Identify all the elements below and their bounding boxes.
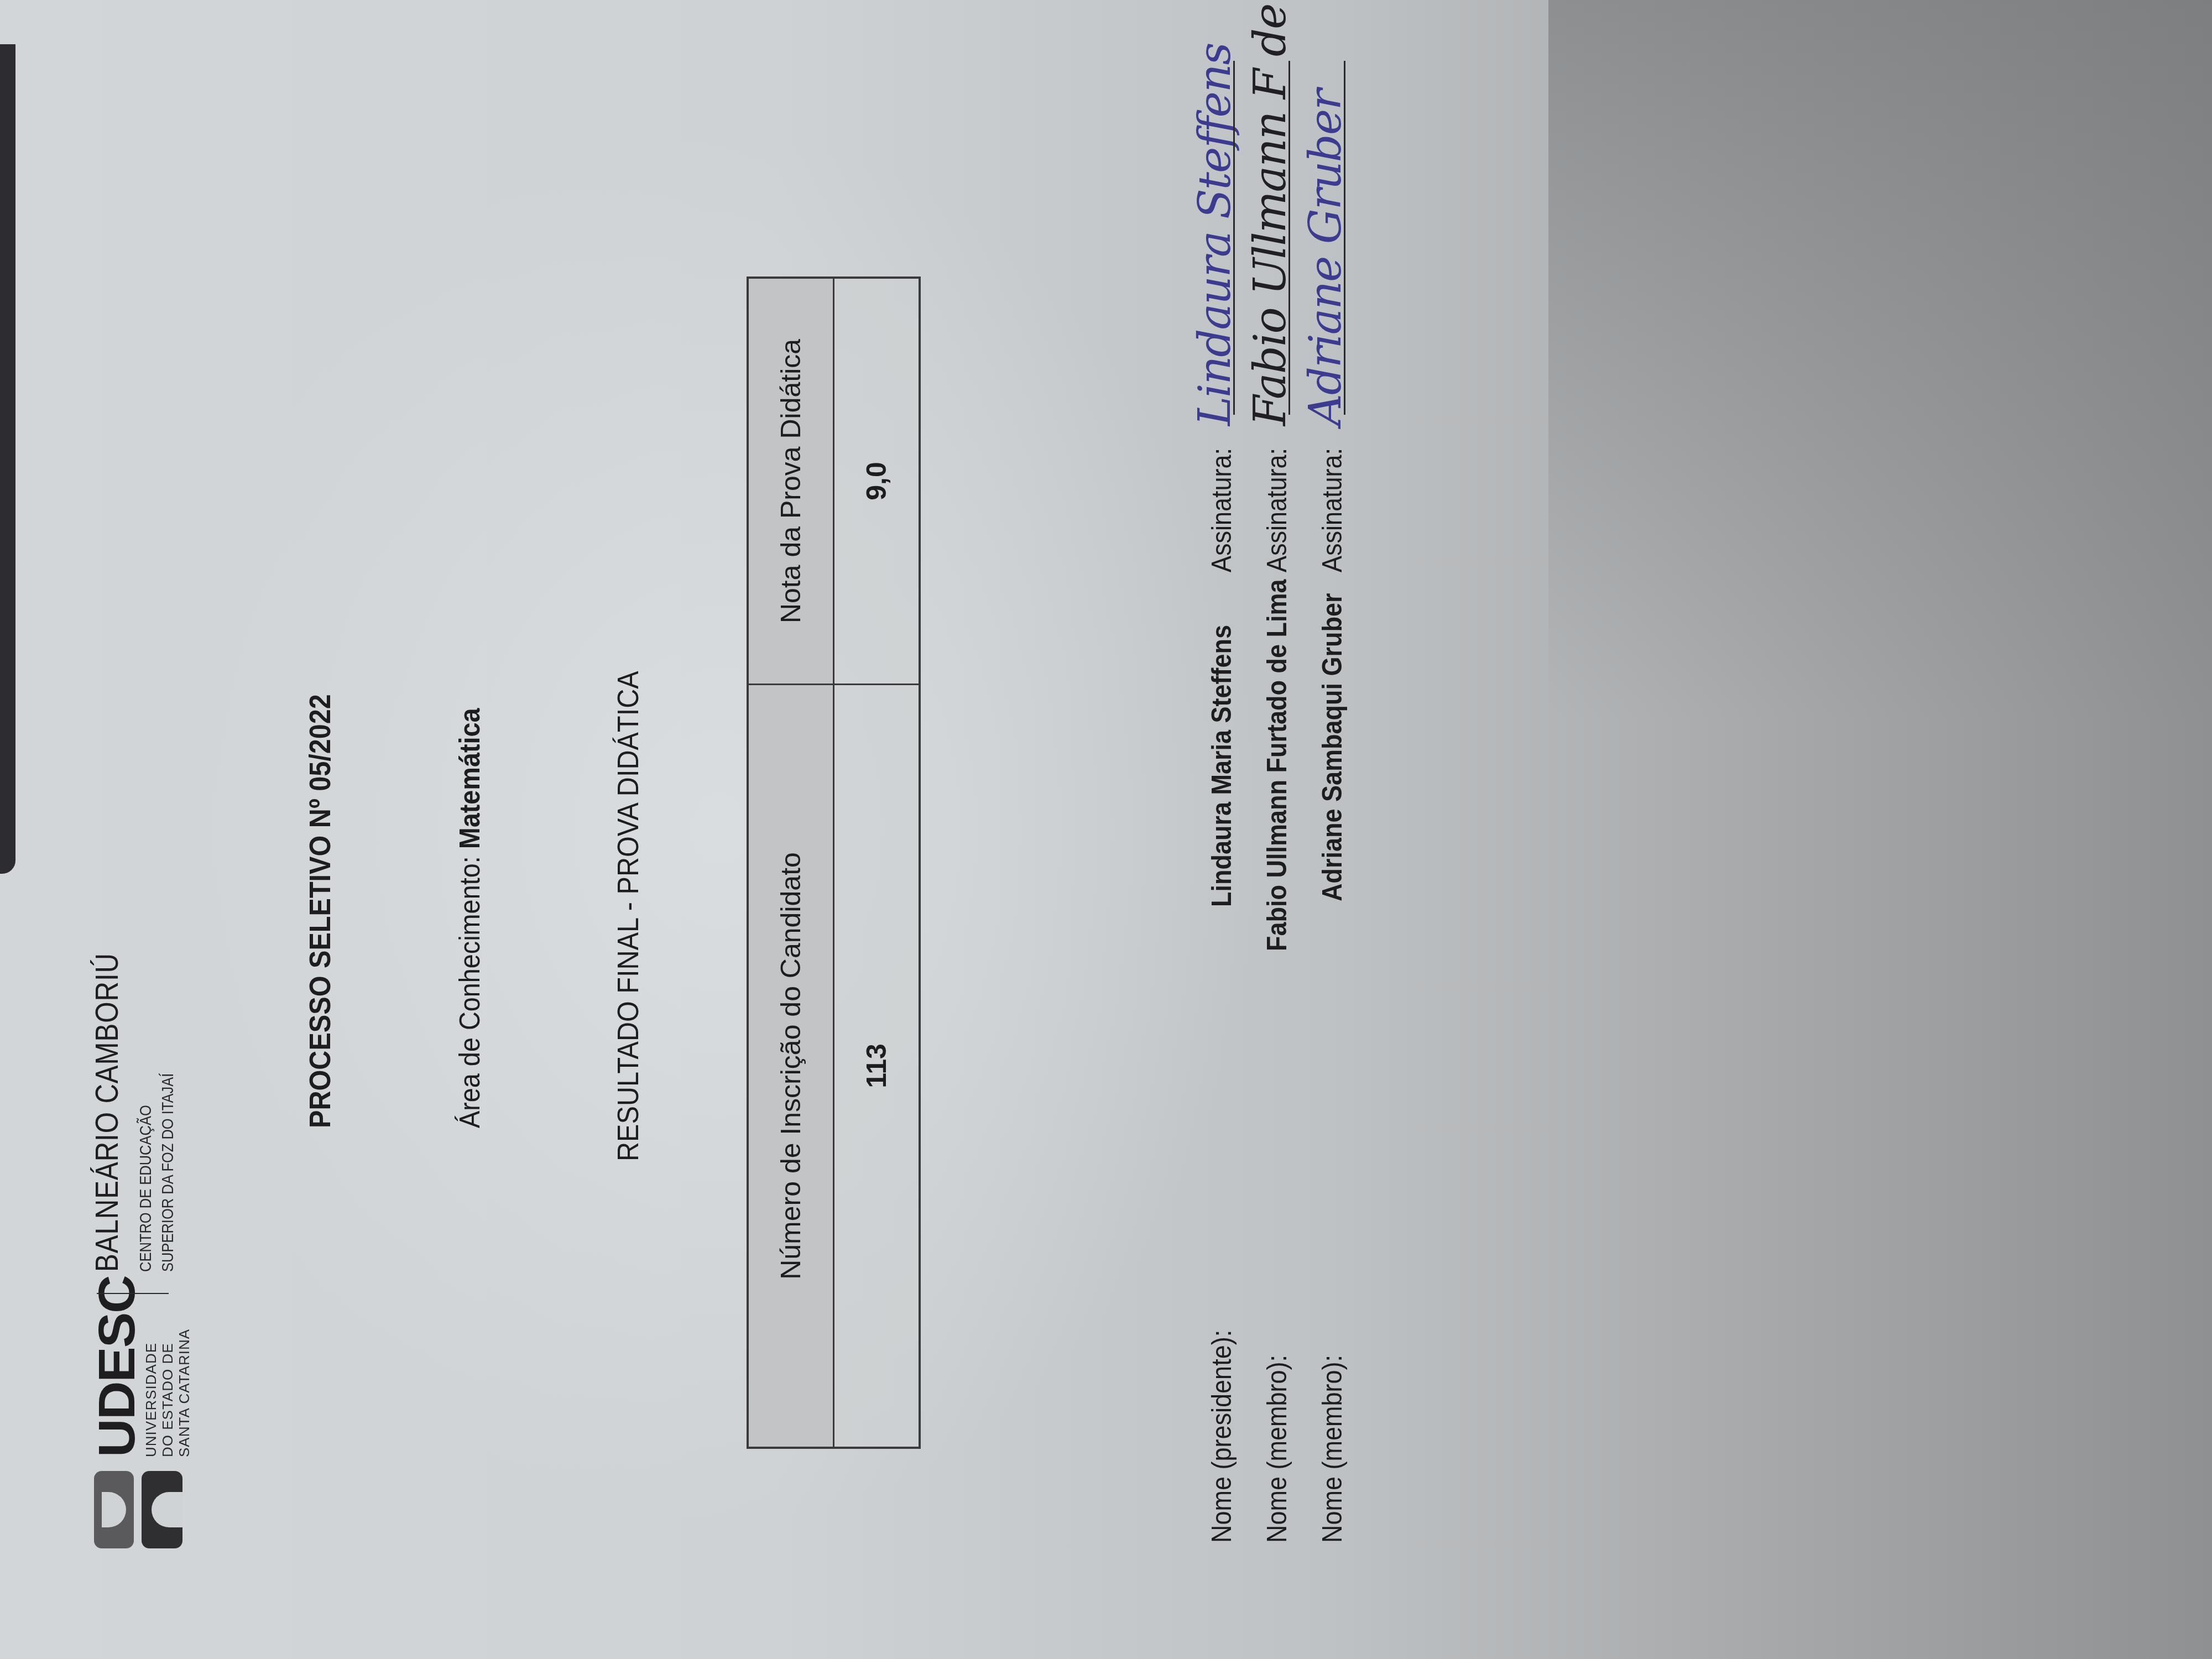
handwritten-signature: Adriane Gruber — [1277, 28, 1360, 426]
column-header-grade: Nota da Prova Didática — [748, 278, 834, 685]
udesc-logo-icon — [94, 1471, 182, 1548]
document-title: PROCESSO SELETIVO Nº 05/2022 — [303, 694, 337, 1128]
result-title: RESULTADO FINAL - PROVA DIDÁTICA — [611, 671, 645, 1161]
role-label: Nome (membro): — [1316, 1355, 1348, 1543]
logo-subtitle-line-2: DO ESTADO DE — [159, 1343, 176, 1457]
signature-label: Assinatura: — [1206, 448, 1238, 572]
logo-subtitle-line-3: SANTA CATARINA — [176, 1329, 192, 1457]
knowledge-area-value: Matemática — [454, 708, 486, 849]
signature-line — [1344, 61, 1345, 415]
table-row: 113 9,0 — [834, 278, 920, 1448]
signature-label: Assinatura: — [1261, 448, 1293, 572]
member-name: Adriane Sambaqui Gruber — [1316, 593, 1348, 901]
campus-subtitle-line-1: CENTRO DE EDUCAÇÃO — [135, 1105, 156, 1272]
member-name: Fabio Ullmann Furtado de Lima — [1261, 579, 1293, 951]
logo-text: UDESC — [88, 1276, 147, 1457]
logo-subtitle-line-1: UNIVERSIDADE — [143, 1343, 159, 1457]
table-header-row: Número de Inscrição do Candidato Nota da… — [748, 278, 834, 1448]
role-label: Nome (presidente): — [1206, 1330, 1238, 1543]
knowledge-area: Área de Conhecimento: Matemática — [453, 708, 487, 1128]
role-label: Nome (membro): — [1261, 1355, 1293, 1543]
member-name: Lindaura Maria Steffens — [1206, 625, 1238, 907]
campus-subtitle-line-2: SUPERIOR DA FOZ DO ITAJAÍ — [158, 1073, 179, 1272]
committee-row-member-2: Nome (membro): Adriane Sambaqui Gruber A… — [1316, 0, 1366, 1548]
campus-name: BALNEÁRIO CAMBORIÚ — [88, 953, 126, 1272]
header-divider — [97, 1293, 169, 1294]
column-header-registration: Número de Inscrição do Candidato — [748, 685, 834, 1448]
cell-grade: 9,0 — [834, 278, 920, 685]
results-table: Número de Inscrição do Candidato Nota da… — [747, 276, 921, 1449]
knowledge-area-label: Área de Conhecimento: — [454, 849, 486, 1128]
document-photo: UDESC UNIVERSIDADE DO ESTADO DE SANTA CA… — [0, 0, 2212, 1659]
cell-registration-number: 113 — [834, 685, 920, 1448]
document-page: UDESC UNIVERSIDADE DO ESTADO DE SANTA CA… — [0, 0, 2212, 1659]
signature-label: Assinatura: — [1316, 448, 1348, 572]
